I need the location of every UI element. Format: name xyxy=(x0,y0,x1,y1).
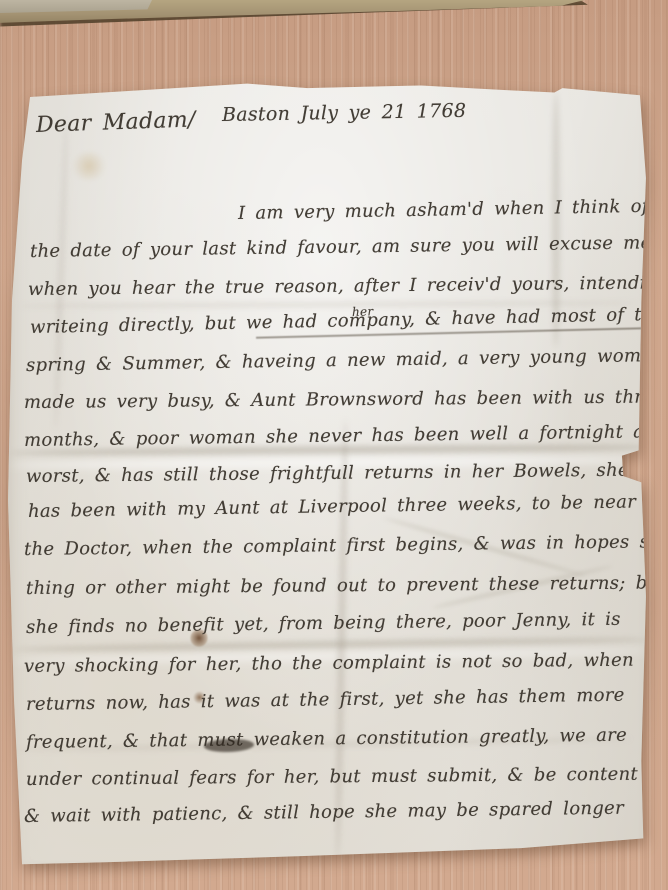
letter-dateline: Baston July ye 21 1768 xyxy=(222,100,467,126)
paper-stain xyxy=(70,152,108,180)
letter-paper-wrap: Dear Madam/ Baston July ye 21 1768 her I… xyxy=(0,0,668,890)
photo-scene: Dear Madam/ Baston July ye 21 1768 her I… xyxy=(0,0,668,890)
letter-paper: Dear Madam/ Baston July ye 21 1768 her I… xyxy=(0,0,668,890)
